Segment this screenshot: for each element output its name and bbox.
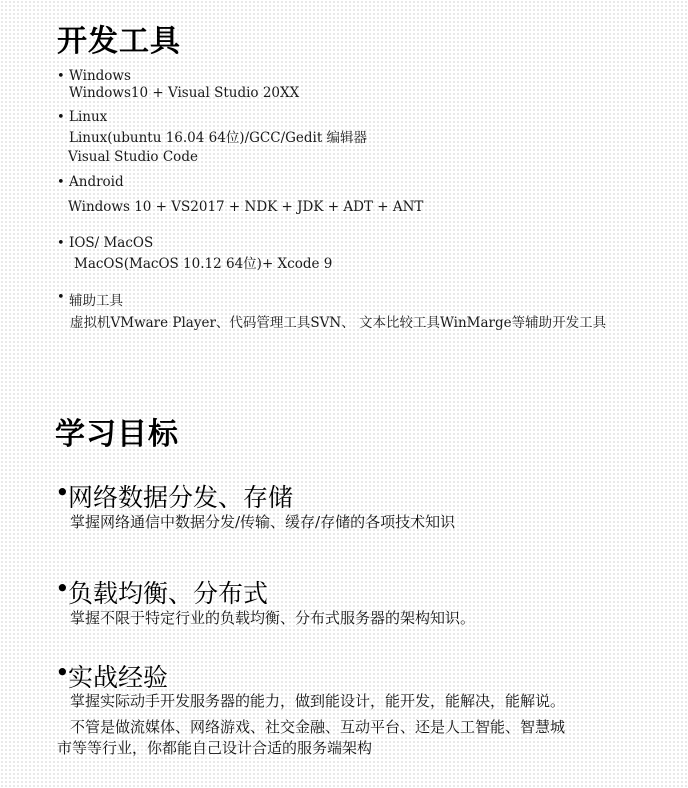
bullet-icon: •: [57, 69, 65, 84]
goal-heading: 网络数据分发、存储: [68, 478, 293, 514]
item-detail: Windows10 + Visual Studio 20XX: [69, 85, 299, 101]
item-heading: Linux: [69, 109, 107, 125]
item-detail: Windows 10 + VS2017 + NDK + JDK + ADT + …: [68, 199, 423, 215]
item-heading: 辅助工具: [69, 289, 123, 309]
bullet-icon: •: [57, 110, 65, 125]
bullet-icon: •: [57, 290, 65, 305]
bullet-icon: •: [57, 175, 65, 190]
goal-detail: 不管是做流媒体、网络游戏、社交金融、互动平台、还是人工智能、智慧城: [70, 716, 565, 737]
item-heading: Android: [69, 174, 124, 190]
item-detail: 虚拟机VMware Player、代码管理工具SVN、 文本比较工具WinMar…: [70, 311, 606, 331]
dev-tools-title: 开发工具: [57, 16, 181, 60]
item-detail: Visual Studio Code: [68, 149, 198, 165]
item-detail: Linux(ubuntu 16.04 64位)/GCC/Gedit 编辑器: [69, 126, 367, 146]
goal-detail: 掌握不限于特定行业的负载均衡、分布式服务器的架构知识。: [70, 607, 475, 628]
goal-detail: 掌握实际动手开发服务器的能力，做到能设计，能开发，能解决，能解说。: [70, 690, 565, 711]
goal-heading: 实战经验: [68, 658, 168, 694]
goal-detail: 掌握网络通信中数据分发/传输、缓存/存储的各项技术知识: [70, 511, 455, 532]
learning-goals-title: 学习目标: [55, 409, 179, 453]
item-heading: IOS/ MacOS: [69, 235, 153, 251]
bullet-icon: •: [57, 236, 65, 251]
goal-heading: 负载均衡、分布式: [68, 574, 268, 610]
goal-detail: 市等等行业，你都能自己设计合适的服务端架构: [57, 737, 372, 758]
item-heading: Windows: [69, 68, 131, 84]
item-detail: MacOS(MacOS 10.12 64位)+ Xcode 9: [74, 252, 332, 272]
